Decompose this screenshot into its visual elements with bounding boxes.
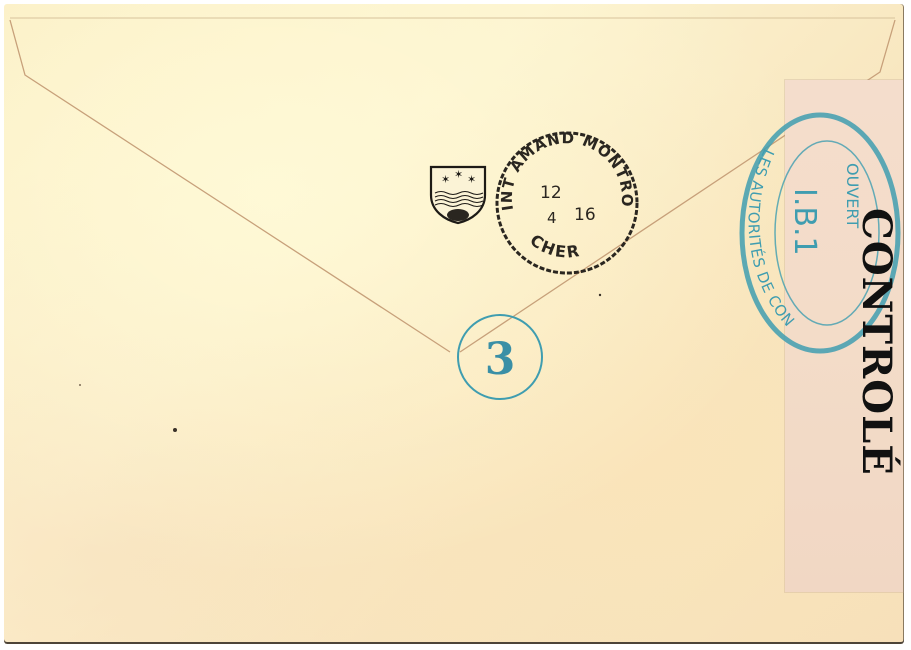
svg-text:✶: ✶: [467, 173, 476, 186]
postmark-top-text: SAINT AMAND MONTROND: [492, 128, 636, 212]
svg-text:CHER: CHER: [527, 230, 583, 261]
postmark-year: 16: [574, 205, 596, 225]
censor-oval-code: I.B.1: [787, 188, 822, 256]
postmark-stamp: SAINT AMAND MONTROND CHER 12 4 16: [492, 128, 642, 278]
svg-text:SAINT AMAND MONTROND: SAINT AMAND MONTROND: [492, 128, 636, 212]
svg-text:✶: ✶: [454, 168, 463, 181]
crest-icon: ✶ ✶ ✶: [429, 165, 487, 225]
postmark-month: 4: [547, 209, 557, 227]
postmark-day: 12: [540, 183, 562, 203]
svg-text:✶: ✶: [441, 173, 450, 186]
envelope-photo: ✶ ✶ ✶ SAINT AMAND MONTROND CHER 12 4 16 …: [0, 0, 911, 650]
circled-number-stamp: 3: [455, 312, 545, 402]
postmark-bottom-text: CHER: [527, 230, 583, 261]
censor-strip-label: CONTROLÉ: [840, 208, 900, 444]
circled-number: 3: [485, 334, 516, 385]
